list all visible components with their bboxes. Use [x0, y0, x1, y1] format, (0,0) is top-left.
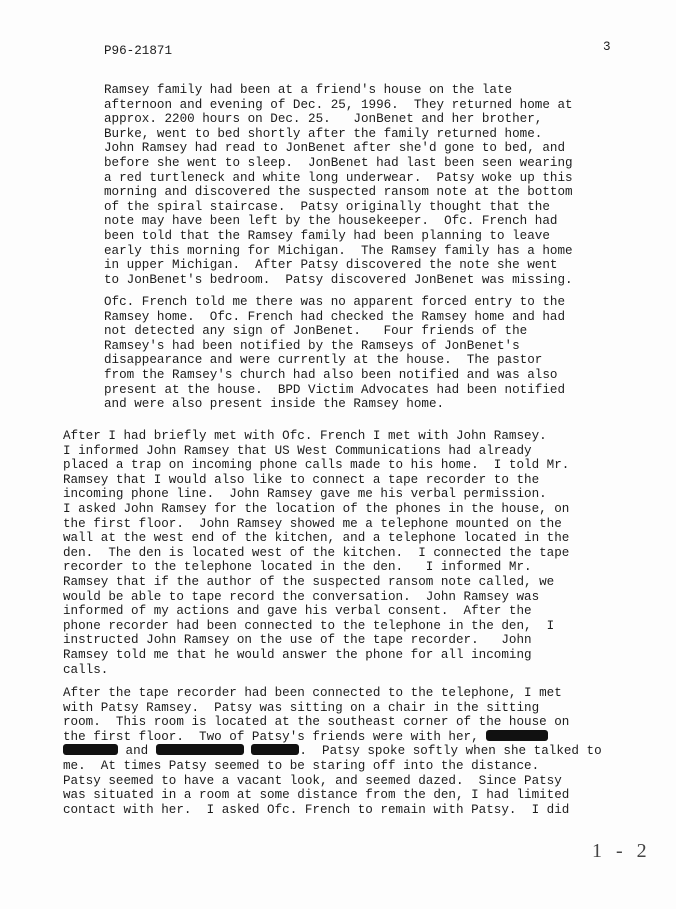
redaction-bar: [486, 730, 548, 741]
text-line: and were also present inside the Ramsey …: [104, 397, 565, 412]
text-line: to JonBenet's bedroom. Patsy discovered …: [104, 273, 573, 288]
text-line: early this morning for Michigan. The Ram…: [104, 244, 573, 259]
text-line: a red turtleneck and white long underwea…: [104, 171, 573, 186]
text-line: I asked John Ramsey for the location of …: [63, 502, 569, 517]
text-line: been told that the Ramsey family had bee…: [104, 229, 573, 244]
text-line: afternoon and evening of Dec. 25, 1996. …: [104, 98, 573, 113]
text-line: of the spiral staircase. Patsy originall…: [104, 200, 573, 215]
text-line: incoming phone line. John Ramsey gave me…: [63, 487, 569, 502]
text-line: room. This room is located at the southe…: [63, 715, 602, 730]
text-line: recorder to the telephone located in the…: [63, 560, 569, 575]
text-line: approx. 2200 hours on Dec. 25. JonBenet …: [104, 112, 573, 127]
paragraph-2: Ofc. French told me there was no apparen…: [104, 295, 565, 412]
case-number: P96-21871: [104, 44, 172, 58]
text-line: Burke, went to bed shortly after the fam…: [104, 127, 573, 142]
text-line: the first floor. John Ramsey showed me a…: [63, 517, 569, 532]
page-number: 3: [603, 40, 611, 54]
redaction-bar: [251, 744, 299, 755]
text-line: placed a trap on incoming phone calls ma…: [63, 458, 569, 473]
text-line: in upper Michigan. After Patsy discovere…: [104, 258, 573, 273]
text-line: from the Ramsey's church had also been n…: [104, 368, 565, 383]
text-line: Ramsey that if the author of the suspect…: [63, 575, 569, 590]
text-line: Ramsey told me that he would answer the …: [63, 648, 569, 663]
text-line: would be able to tape record the convers…: [63, 590, 569, 605]
text-line: Ofc. French told me there was no apparen…: [104, 295, 565, 310]
redaction-bar: [156, 744, 244, 755]
text-line: phone recorder had been connected to the…: [63, 619, 569, 634]
text-line: note may have been left by the housekeep…: [104, 214, 573, 229]
text-line: and . Patsy spoke softly when she talked…: [63, 744, 602, 759]
text-line: informed of my actions and gave his verb…: [63, 604, 569, 619]
text-line: me. At times Patsy seemed to be staring …: [63, 759, 602, 774]
text-line: Ramsey home. Ofc. French had checked the…: [104, 310, 565, 325]
paragraph-3: After I had briefly met with Ofc. French…: [63, 429, 569, 677]
text-line: den. The den is located west of the kitc…: [63, 546, 569, 561]
text-line: the first floor. Two of Patsy's friends …: [63, 730, 602, 745]
text-line: present at the house. BPD Victim Advocat…: [104, 383, 565, 398]
page-stamp: 1-2: [592, 840, 661, 863]
document-page: P96-21871 3 Ramsey family had been at a …: [0, 0, 676, 909]
text-line: calls.: [63, 663, 569, 678]
text-line: with Patsy Ramsey. Patsy was sitting on …: [63, 701, 602, 716]
text-line: After the tape recorder had been connect…: [63, 686, 602, 701]
text-line: I informed John Ramsey that US West Comm…: [63, 444, 569, 459]
text-line: Ramsey that I would also like to connect…: [63, 473, 569, 488]
text-line: before she went to sleep. JonBenet had l…: [104, 156, 573, 171]
text-line: instructed John Ramsey on the use of the…: [63, 633, 569, 648]
paragraph-4: After the tape recorder had been connect…: [63, 686, 602, 817]
text-line: disappearance and were currently at the …: [104, 353, 565, 368]
text-line: was situated in a room at some distance …: [63, 788, 602, 803]
text-line: John Ramsey had read to JonBenet after s…: [104, 141, 573, 156]
text-line: wall at the west end of the kitchen, and…: [63, 531, 569, 546]
text-line: Patsy seemed to have a vacant look, and …: [63, 774, 602, 789]
text-line: Ramsey family had been at a friend's hou…: [104, 83, 573, 98]
text-line: After I had briefly met with Ofc. French…: [63, 429, 569, 444]
redaction-bar: [63, 744, 118, 755]
paragraph-1: Ramsey family had been at a friend's hou…: [104, 83, 573, 287]
text-line: contact with her. I asked Ofc. French to…: [63, 803, 602, 818]
text-line: morning and discovered the suspected ran…: [104, 185, 573, 200]
text-line: not detected any sign of JonBenet. Four …: [104, 324, 565, 339]
text-line: Ramsey's had been notified by the Ramsey…: [104, 339, 565, 354]
